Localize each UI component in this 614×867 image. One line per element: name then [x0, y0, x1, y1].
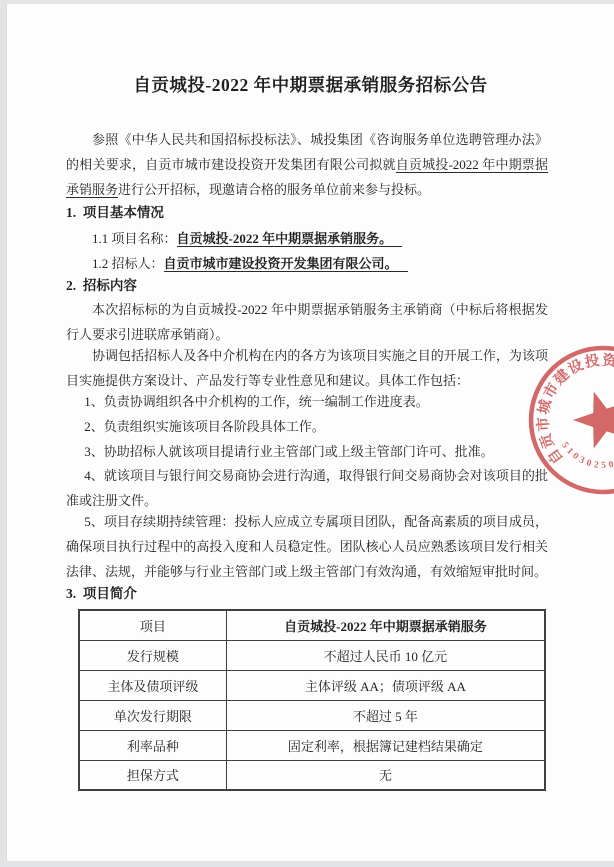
row-value-rating: 主体评级 AA；债项评级 AA	[226, 670, 545, 700]
row-label-guarantee: 担保方式	[79, 760, 226, 790]
project-name-value: 自贡城投-2022 年中期票据承销服务。	[177, 231, 403, 247]
table-row: 担保方式 无	[79, 760, 545, 790]
row-value-project: 自贡城投-2022 年中期票据承销服务	[226, 610, 545, 640]
row-label-rating: 主体及债项评级	[79, 670, 226, 700]
row-label-project: 项目	[79, 610, 226, 640]
project-name-item: 1.1 项目名称：自贡城投-2022 年中期票据承销服务。	[66, 226, 548, 251]
row-value-issue-size: 不超过人民币 10 亿元	[226, 640, 545, 670]
project-summary-table: 项目 自贡城投-2022 年中期票据承销服务 发行规模 不超过人民币 10 亿元…	[78, 609, 546, 791]
row-value-term: 不超过 5 年	[226, 700, 545, 730]
work-item-4: 4、就该项目与银行间交易商协会进行沟通，取得银行间交易商协会对该项目的批准或注册…	[66, 463, 548, 513]
document-page: 自贡城投-2022 年中期票据承销服务招标公告 参照《中华人民共和国招标投标法》…	[6, 3, 614, 861]
section-2-heading: 2. 招标内容	[66, 273, 548, 298]
table-row: 单次发行期限 不超过 5 年	[79, 700, 545, 730]
seal-star-icon	[567, 383, 614, 452]
seal-number: 510302502	[559, 441, 614, 471]
row-label-issue-size: 发行规模	[79, 640, 226, 670]
work-item-2: 2、负责组织实施该项目各阶段具体工作。	[66, 414, 548, 439]
document-title: 自贡城投-2022 年中期票据承销服务招标公告	[7, 4, 614, 96]
row-value-rate-type: 固定利率，根据簿记建档结果确定	[226, 730, 545, 760]
row-label-term: 单次发行期限	[79, 700, 226, 730]
section-1-heading: 1. 项目基本情况	[66, 200, 548, 225]
table-row: 利率品种 固定利率，根据簿记建档结果确定	[79, 730, 545, 760]
work-item-1: 1、负责协调组织各中介机构的工作，统一编制工作进度表。	[66, 389, 548, 414]
intro-paragraph: 参照《中华人民共和国招标投标法》、城投集团《咨询服务单位选聘管理办法》的相关要求…	[66, 127, 548, 202]
project-name-label: 1.1 项目名称：	[92, 231, 177, 246]
section-3-heading: 3. 项目简介	[66, 581, 548, 606]
table-row: 项目 自贡城投-2022 年中期票据承销服务	[79, 610, 545, 640]
work-item-3: 3、协助招标人就该项目提请行业主管部门或上级主管部门许可、批准。	[66, 439, 548, 464]
row-label-rate-type: 利率品种	[79, 730, 226, 760]
document-body: 参照《中华人民共和国招标投标法》、城投集团《咨询服务单位选聘管理办法》的相关要求…	[66, 127, 548, 791]
tenderee-label: 1.2 招标人：	[92, 256, 164, 271]
table-row: 发行规模 不超过人民币 10 亿元	[79, 640, 545, 670]
table-row: 主体及债项评级 主体评级 AA；债项评级 AA	[79, 670, 545, 700]
scan-background: { "document": { "title": "自贡城投-2022 年中期票…	[0, 0, 614, 867]
intro-text-post: 进行公开招标，现邀请合格的服务单位前来参与投标。	[118, 182, 430, 197]
tender-subject-paragraph: 本次招标标的为自贡城投-2022 年中期票据承销服务主承销商（中标后将根据发行人…	[66, 297, 548, 347]
tenderee-value: 自贡市城市建设投资开发集团有限公司。	[164, 256, 408, 272]
coordination-paragraph: 协调包括招标人及各中介机构在内的各方为该项目实施之目的开展工作，为该项目实施提供…	[66, 343, 548, 393]
work-item-5: 5、项目存续期持续管理：投标人应成立专属项目团队，配备高素质的项目成员，确保项目…	[66, 509, 548, 584]
row-value-guarantee: 无	[226, 760, 545, 790]
